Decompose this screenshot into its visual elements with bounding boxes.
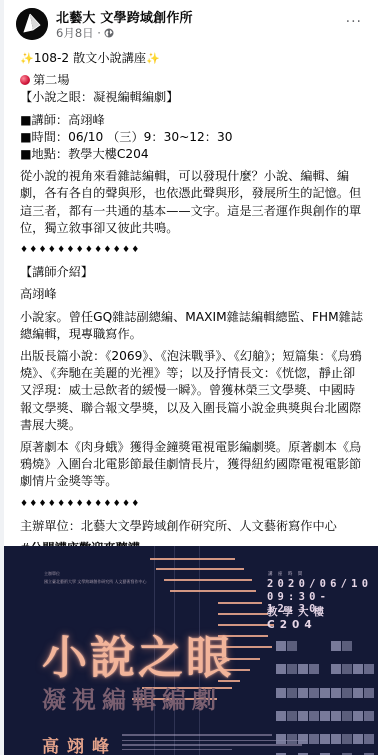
globe-icon [104, 28, 114, 38]
bio-paragraph-3: 原著劇本《肉身蛾》獲得金鐘獎電視電影編劇獎。原著劇本《烏鴉燒》入圍台北電影節最佳… [20, 439, 364, 491]
detail-speaker: ■講師：高翊峰 [20, 112, 364, 129]
poster-organizer-label: 主辦單位 [44, 571, 60, 577]
session-line: 第二場 [20, 72, 364, 89]
post-title-line: ✨108-2 散文小說講座✨ [20, 50, 364, 67]
poster-speaker: 高翊峰 [42, 732, 117, 755]
poster-organizer-text: 國立臺北藝術大學 文學跨域創作研究所 人文藝術寫作中心 [44, 579, 147, 585]
post-date[interactable]: 6月8日 · [56, 25, 101, 41]
poster-event-label: 講 座 時 間 [268, 571, 304, 577]
intro-paragraph: 從小說的視角來看雜誌編輯，可以發現什麼？小說、編輯、編劇，各有各自的聲與形，也依… [20, 168, 364, 237]
post-body: ✨108-2 散文小說講座✨ 第二場 【小說之眼：凝視編輯編劇】 ■講師：高翊峰… [4, 50, 378, 591]
sparkle-icon: ✨ [146, 52, 160, 65]
sparkle-icon: ✨ [20, 52, 34, 65]
decor-stripe [218, 613, 268, 615]
decor-stripe [170, 590, 256, 592]
decor-stripe [150, 558, 235, 560]
diamond-divider: ♦♦♦♦♦♦♦♦♦♦♦♦♦ [20, 496, 364, 513]
decor-stripe [218, 602, 262, 604]
detail-place: ■地點：教學大樓C204 [20, 146, 364, 163]
bio-paragraph-2: 出版長篇小說：《2069》、《泡沫戰爭》、《幻艙》；短篇集：《烏鴉燒》、《奔馳在… [20, 348, 364, 434]
more-options-button[interactable]: ··· [346, 14, 362, 30]
pyramid-logo-icon [16, 8, 48, 40]
page-avatar[interactable] [16, 8, 48, 40]
session-label: 第二場 [33, 73, 70, 87]
decor-stripe [156, 568, 244, 570]
post-title: 108-2 散文小說講座 [34, 51, 146, 65]
poster-event-date: 2020/06/10 [267, 578, 372, 590]
diamond-divider: ♦♦♦♦♦♦♦♦♦♦♦♦♦ [20, 242, 364, 259]
detail-time: ■時間：06/10 （三）9：30~12：30 [20, 129, 364, 146]
poster-title: 小說之眼 [42, 621, 234, 686]
poster-subtitle: 凝視編輯編劇 [42, 680, 222, 715]
bio-paragraph-1: 小說家。曾任GQ雜誌副總編、MAXIM雜誌編輯總監、FHM雜誌總編輯，現專職寫作… [20, 309, 364, 343]
speaker-name: 高翊峰 [20, 286, 364, 303]
red-circle-icon [20, 75, 30, 85]
post-meta: 6月8日 · [56, 25, 114, 41]
page-name-link[interactable]: 北藝大 文學跨域創作所 [56, 7, 193, 26]
post-header: 北藝大 文學跨域創作所 6月8日 · ··· [4, 0, 378, 50]
event-poster-image[interactable]: 主辦單位 國立臺北藝術大學 文學跨域創作研究所 人文藝術寫作中心 講 座 時 間… [4, 546, 378, 755]
decor-stripe [164, 579, 252, 581]
organizer-line: 主辦單位：北藝大文學跨域創作研究所、人文藝術寫作中心 [20, 518, 364, 535]
topic-title: 【小說之眼：凝視編輯編劇】 [20, 89, 364, 106]
speaker-section-heading: 【講師介紹】 [20, 264, 364, 281]
poster-event-place: 教學大樓C204 [267, 604, 378, 631]
